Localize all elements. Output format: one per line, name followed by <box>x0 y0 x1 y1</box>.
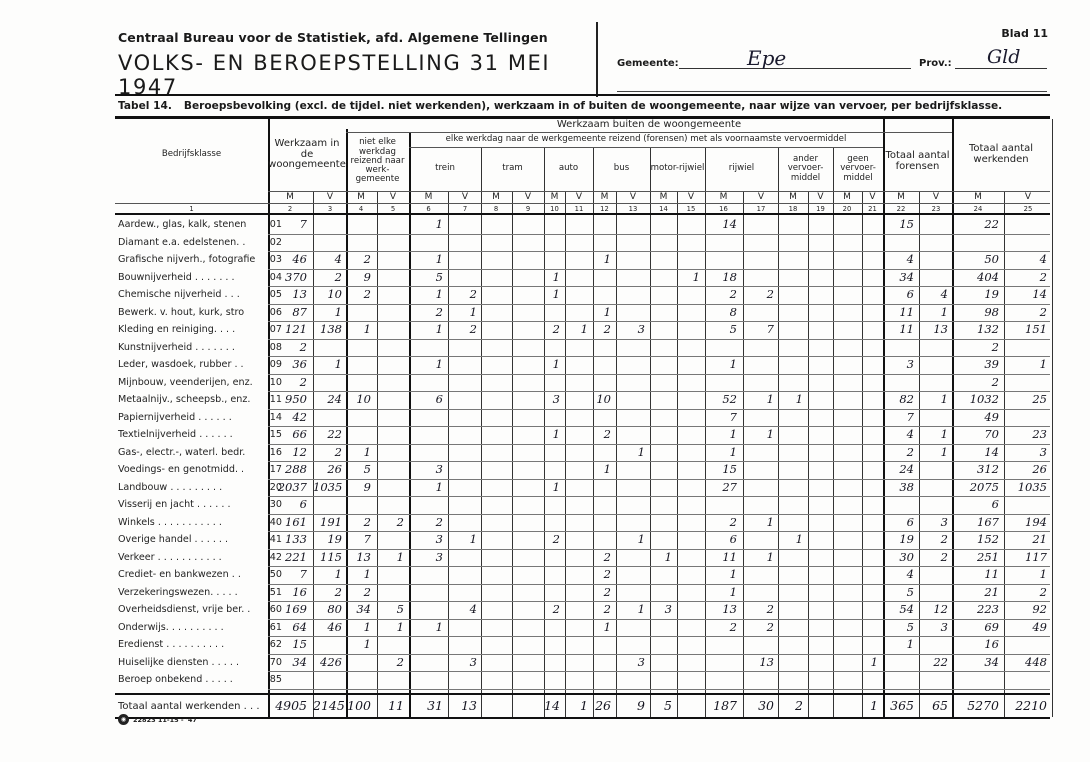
total-cell: 1 <box>565 698 593 718</box>
table-cell: 1 <box>409 252 448 270</box>
total-cell: 5270 <box>952 698 1004 718</box>
table-cell <box>677 322 705 340</box>
table-cell: 404 <box>952 270 1004 288</box>
table-cell <box>346 357 376 375</box>
table-cell <box>377 585 409 603</box>
table-cell <box>778 305 808 323</box>
table-cell <box>743 217 779 235</box>
table-cell <box>481 567 511 585</box>
table-cell <box>833 532 861 550</box>
table-cell: 2 <box>448 322 482 340</box>
table-cell <box>616 515 650 533</box>
table-cell <box>346 375 376 393</box>
table-cell <box>377 672 409 690</box>
table-cell <box>862 497 883 515</box>
total-cell <box>481 698 511 718</box>
table-cell <box>743 252 779 270</box>
table-cell: 2 <box>268 340 312 358</box>
table-cell: 1 <box>677 270 705 288</box>
table-cell <box>377 357 409 375</box>
table-cell: 87 <box>268 305 312 323</box>
column-number: 4 <box>346 205 376 213</box>
total-cell: 26 <box>593 698 616 718</box>
header-rule <box>115 94 1050 96</box>
table-cell <box>377 252 409 270</box>
row-label-text: Papiernijverheid . . . . . . <box>118 412 232 423</box>
table-row: Papiernijverheid . . . . . .14427749 <box>115 409 1050 427</box>
table-cell: 54 <box>883 602 919 620</box>
column-number: 6 <box>409 205 448 213</box>
table-cell: 98 <box>952 305 1004 323</box>
table-cell: 18 <box>705 270 742 288</box>
table-cell <box>593 515 616 533</box>
table-cell <box>1004 217 1052 235</box>
table-cell: 1 <box>377 550 409 568</box>
table-row: Overheidsdienst, vrije ber. .60169803454… <box>115 601 1050 619</box>
header-rijwiel-text: rijwiel <box>729 164 754 173</box>
table-cell <box>833 357 861 375</box>
header-m: M <box>650 192 677 202</box>
table-cell: 21 <box>1004 532 1052 550</box>
table-cell: 2 <box>593 550 616 568</box>
table-cell <box>1004 375 1052 393</box>
table-cell <box>808 217 833 235</box>
row-label-text: Kleding en reiniging. . . . <box>118 324 235 335</box>
table-cell <box>448 252 482 270</box>
table-cell: 2 <box>593 567 616 585</box>
total-cell: 65 <box>919 698 953 718</box>
table-cell: 1 <box>705 585 742 603</box>
row-label-text: Beroep onbekend . . . . . <box>118 674 233 685</box>
table-cell <box>409 672 448 690</box>
row-label: Papiernijverheid . . . . . .14 <box>118 412 282 423</box>
table-cell <box>409 410 448 428</box>
header-second-line <box>617 91 1047 92</box>
column-number: 17 <box>743 205 779 213</box>
table-cell: 312 <box>952 462 1004 480</box>
table-cell: 6 <box>883 287 919 305</box>
table-cell <box>743 235 779 253</box>
table-cell <box>808 392 833 410</box>
table-cell <box>677 357 705 375</box>
header-v: V <box>377 192 409 202</box>
table-cell <box>448 357 482 375</box>
table-cell <box>346 672 376 690</box>
table-cell: 251 <box>952 550 1004 568</box>
table-cell: 80 <box>313 602 347 620</box>
table-cell <box>883 655 919 673</box>
table-cell: 22 <box>919 655 953 673</box>
table-cell <box>862 322 883 340</box>
table-cell <box>808 602 833 620</box>
table-cell <box>743 357 779 375</box>
table-cell <box>677 637 705 655</box>
table-cell <box>650 217 677 235</box>
table-cell: 42 <box>268 410 312 428</box>
prov-value: Gld <box>987 46 1020 68</box>
header-bus-text: bus <box>614 164 629 173</box>
table-cell <box>808 637 833 655</box>
table-cell <box>346 340 376 358</box>
table-cell <box>544 550 565 568</box>
header-trein-text: trein <box>435 164 455 173</box>
table-cell <box>448 637 482 655</box>
total-cell: 13 <box>448 698 482 718</box>
table-cell <box>448 585 482 603</box>
table-cell: 161 <box>268 515 312 533</box>
column-number: 7 <box>448 205 482 213</box>
table-cell <box>377 532 409 550</box>
table-cell <box>919 235 953 253</box>
table-cell <box>833 427 861 445</box>
table-cell <box>377 322 409 340</box>
table-cell <box>268 672 312 690</box>
table-cell: 288 <box>268 462 312 480</box>
table-cell <box>481 375 511 393</box>
table-cell: 6 <box>409 392 448 410</box>
row-label-text: Aardew., glas, kalk, stenen <box>118 219 246 230</box>
table-cell <box>481 602 511 620</box>
table-cell <box>862 462 883 480</box>
row-label-text: Mijnbouw, veenderijen, enz. <box>118 377 253 388</box>
table-row: Crediet- en bankwezen . .50711214111 <box>115 566 1050 584</box>
table-cell <box>778 567 808 585</box>
total-cell: 1 <box>862 698 883 718</box>
table-cell: 1 <box>565 322 593 340</box>
table-cell: 1 <box>313 567 347 585</box>
column-divider <box>1052 119 1053 717</box>
table-cell <box>862 515 883 533</box>
table-cell <box>448 462 482 480</box>
table-cell: 30 <box>883 550 919 568</box>
table-cell: 115 <box>313 550 347 568</box>
table-cell: 3 <box>616 655 650 673</box>
table-cell <box>616 340 650 358</box>
table-cell: 4 <box>883 567 919 585</box>
table-cell <box>677 375 705 393</box>
table-cell <box>616 305 650 323</box>
table-cell <box>919 410 953 428</box>
row-label-text: Verkeer . . . . . . . . . . . <box>118 552 222 563</box>
table-cell: 36 <box>268 357 312 375</box>
header-v: V <box>313 192 347 202</box>
table-cell <box>778 270 808 288</box>
row-label: Kunstnijverheid . . . . . . .08 <box>118 342 282 353</box>
table-cell: 7 <box>743 322 779 340</box>
table-cell <box>346 427 376 445</box>
table-row: Huiselijke diensten . . . . .70344262331… <box>115 654 1050 672</box>
table-cell <box>919 270 953 288</box>
table-cell: 1 <box>705 427 742 445</box>
table-cell: 5 <box>346 462 376 480</box>
table-cell <box>650 427 677 445</box>
table-cell: 1 <box>919 427 953 445</box>
table-cell <box>593 445 616 463</box>
total-row: Totaal aantal werkenden . . .49052145100… <box>115 695 1050 717</box>
table-cell <box>448 340 482 358</box>
table-cell: 2 <box>593 602 616 620</box>
table-cell <box>512 375 544 393</box>
table-cell <box>593 270 616 288</box>
row-label-text: Landbouw . . . . . . . . . <box>118 482 222 493</box>
table-cell: 1 <box>346 637 376 655</box>
table-cell <box>346 655 376 673</box>
table-cell <box>377 567 409 585</box>
table-cell: 1 <box>743 427 779 445</box>
table-cell: 1 <box>743 515 779 533</box>
table-cell <box>862 637 883 655</box>
table-cell <box>448 550 482 568</box>
table-cell <box>448 427 482 445</box>
column-number: 24 <box>952 205 1004 213</box>
table-cell <box>808 357 833 375</box>
table-cell <box>833 375 861 393</box>
table-cell: 1 <box>1004 357 1052 375</box>
row-label: Aardew., glas, kalk, stenen01 <box>118 219 282 230</box>
header-line <box>115 213 1050 215</box>
table-cell <box>677 567 705 585</box>
header-v: V <box>743 192 779 202</box>
column-number: 2 <box>268 205 312 213</box>
table-cell: 5 <box>409 270 448 288</box>
table-cell <box>650 637 677 655</box>
row-label-text: Kunstnijverheid . . . . . . . <box>118 342 235 353</box>
table-cell: 2 <box>1004 305 1052 323</box>
table-cell <box>677 340 705 358</box>
table-cell <box>833 392 861 410</box>
table-cell <box>565 427 593 445</box>
table-cell: 2 <box>346 515 376 533</box>
table-cell <box>705 252 742 270</box>
table-cell: 19 <box>952 287 1004 305</box>
column-number: 14 <box>650 205 677 213</box>
table-cell <box>919 497 953 515</box>
table-cell <box>705 340 742 358</box>
table-cell <box>616 287 650 305</box>
table-cell <box>808 252 833 270</box>
table-cell <box>481 480 511 498</box>
table-cell <box>1004 235 1052 253</box>
column-number: 22 <box>883 205 919 213</box>
table-cell: 1 <box>409 357 448 375</box>
table-cell: 52 <box>705 392 742 410</box>
total-cell: 5 <box>650 698 677 718</box>
gemeente-label: Gemeente: <box>617 58 679 69</box>
table-cell <box>377 637 409 655</box>
table-cell: 2 <box>593 322 616 340</box>
table-cell <box>616 392 650 410</box>
table-cell <box>544 620 565 638</box>
table-cell <box>377 287 409 305</box>
table-cell: 46 <box>268 252 312 270</box>
table-cell <box>677 532 705 550</box>
table-cell: 10 <box>313 287 347 305</box>
table-cell: 1 <box>544 480 565 498</box>
header-line <box>115 203 1050 204</box>
table-cell: 16 <box>952 637 1004 655</box>
column-number: 25 <box>1004 205 1052 213</box>
table-cell <box>565 637 593 655</box>
table-cell: 1 <box>862 655 883 673</box>
row-label: Visserij en jacht . . . . . .30 <box>118 499 282 510</box>
row-label-text: Metaalnijv., scheepsb., enz. <box>118 394 250 405</box>
table-cell <box>778 252 808 270</box>
table-cell: 1 <box>919 305 953 323</box>
table-cell: 22 <box>952 217 1004 235</box>
table-cell <box>512 532 544 550</box>
table-cell <box>650 462 677 480</box>
table-cell: 1 <box>409 620 448 638</box>
table-cell <box>565 235 593 253</box>
header-m: M <box>883 192 919 202</box>
table-cell <box>1004 410 1052 428</box>
table-cell <box>778 322 808 340</box>
table-cell <box>512 672 544 690</box>
table-cell <box>650 672 677 690</box>
table-cell <box>377 427 409 445</box>
table-title-text: Beroepsbevolking (excl. de tijdel. niet … <box>184 100 1002 112</box>
table-cell <box>650 235 677 253</box>
header-werkzaam-in: Werkzaam in de woongemeente <box>268 119 346 191</box>
table-cell: 1 <box>377 620 409 638</box>
total-cell: 100 <box>346 698 376 718</box>
table-cell: 1 <box>705 357 742 375</box>
table-row: Kunstnijverheid . . . . . . .0822 <box>115 339 1050 357</box>
table-cell <box>512 235 544 253</box>
table-cell <box>677 515 705 533</box>
table-cell <box>808 462 833 480</box>
table-cell <box>481 550 511 568</box>
table-cell <box>544 235 565 253</box>
table-cell <box>565 287 593 305</box>
total-cell: 4905 <box>268 698 312 718</box>
table-cell <box>565 375 593 393</box>
table-cell <box>833 217 861 235</box>
header-totaal-forensen-text: Totaal aantal forensen <box>883 151 952 173</box>
table-cell: 19 <box>313 532 347 550</box>
table-cell <box>743 480 779 498</box>
table-cell <box>409 235 448 253</box>
table-cell <box>808 585 833 603</box>
table-cell: 2 <box>705 515 742 533</box>
table-cell <box>448 445 482 463</box>
table-cell <box>705 672 742 690</box>
table-cell: 1 <box>593 252 616 270</box>
table-cell: 117 <box>1004 550 1052 568</box>
table-cell: 448 <box>1004 655 1052 673</box>
table-cell <box>650 322 677 340</box>
table-cell: 1 <box>919 392 953 410</box>
column-number: 23 <box>919 205 953 213</box>
table-cell: 10 <box>346 392 376 410</box>
table-cell <box>565 445 593 463</box>
sheet-number: Blad 11 <box>1001 27 1048 40</box>
table-cell: 950 <box>268 392 312 410</box>
table-cell <box>808 672 833 690</box>
table-number: Tabel 14. <box>118 100 172 112</box>
row-label: Voedings- en genotmidd. .17 <box>118 464 282 475</box>
table-cell: 2 <box>1004 270 1052 288</box>
table-cell: 16 <box>268 585 312 603</box>
header-v: V <box>808 192 833 202</box>
table-cell: 5 <box>705 322 742 340</box>
table-cell <box>409 445 448 463</box>
table-cell <box>512 305 544 323</box>
table-cell <box>481 270 511 288</box>
table-cell <box>565 392 593 410</box>
table-cell: 1 <box>743 392 779 410</box>
table-cell: 1 <box>593 620 616 638</box>
table-cell: 7 <box>346 532 376 550</box>
table-cell: 1 <box>409 480 448 498</box>
table-cell <box>346 305 376 323</box>
total-cell: 11 <box>377 698 409 718</box>
table-cell <box>677 217 705 235</box>
table-cell <box>1004 340 1052 358</box>
table-cell: 13 <box>919 322 953 340</box>
header-m: M <box>778 192 808 202</box>
table-cell <box>743 672 779 690</box>
table-cell: 1035 <box>313 480 347 498</box>
table-cell: 1 <box>544 427 565 445</box>
table-cell <box>919 585 953 603</box>
table-cell: 3 <box>448 655 482 673</box>
table-cell: 4 <box>883 252 919 270</box>
row-label: Onderwijs. . . . . . . . . .61 <box>118 622 282 633</box>
table-cell: 1 <box>448 532 482 550</box>
table-cell <box>862 392 883 410</box>
header-auto-text: auto <box>559 164 578 173</box>
table-cell: 4 <box>883 427 919 445</box>
table-cell: 1 <box>616 532 650 550</box>
row-label-text: Leder, wasdoek, rubber . . <box>118 359 244 370</box>
row-label: Verzekeringswezen. . . . .51 <box>118 587 282 598</box>
table-cell <box>565 567 593 585</box>
header-ander: ander vervoer-middel <box>778 147 833 191</box>
table-row: Verzekeringswezen. . . . .511622215212 <box>115 584 1050 602</box>
table-cell <box>650 515 677 533</box>
header-werkzaam-buiten: Werkzaam buiten de woongemeente <box>346 119 952 132</box>
table-cell <box>409 602 448 620</box>
table-cell <box>448 270 482 288</box>
table-cell <box>778 427 808 445</box>
table-cell <box>565 550 593 568</box>
table-cell: 1 <box>616 445 650 463</box>
table-cell <box>862 340 883 358</box>
header-auto: auto <box>544 147 593 191</box>
table-cell <box>808 375 833 393</box>
table-cell <box>650 445 677 463</box>
table-cell <box>544 217 565 235</box>
table-cell <box>481 287 511 305</box>
table-cell <box>481 445 511 463</box>
table-cell: 1 <box>313 305 347 323</box>
table-cell <box>778 550 808 568</box>
row-label-text: Winkels . . . . . . . . . . . <box>118 517 222 528</box>
table-cell <box>677 550 705 568</box>
header-totaal-forensen: Totaal aantal forensen <box>883 132 952 191</box>
table-cell: 3 <box>409 532 448 550</box>
table-cell <box>593 410 616 428</box>
table-cell <box>481 357 511 375</box>
table-cell <box>833 602 861 620</box>
table-cell <box>448 410 482 428</box>
total-cell: 31 <box>409 698 448 718</box>
table-cell: 3 <box>919 620 953 638</box>
table-cell <box>778 340 808 358</box>
table-cell: 66 <box>268 427 312 445</box>
header-bus: bus <box>593 147 650 191</box>
